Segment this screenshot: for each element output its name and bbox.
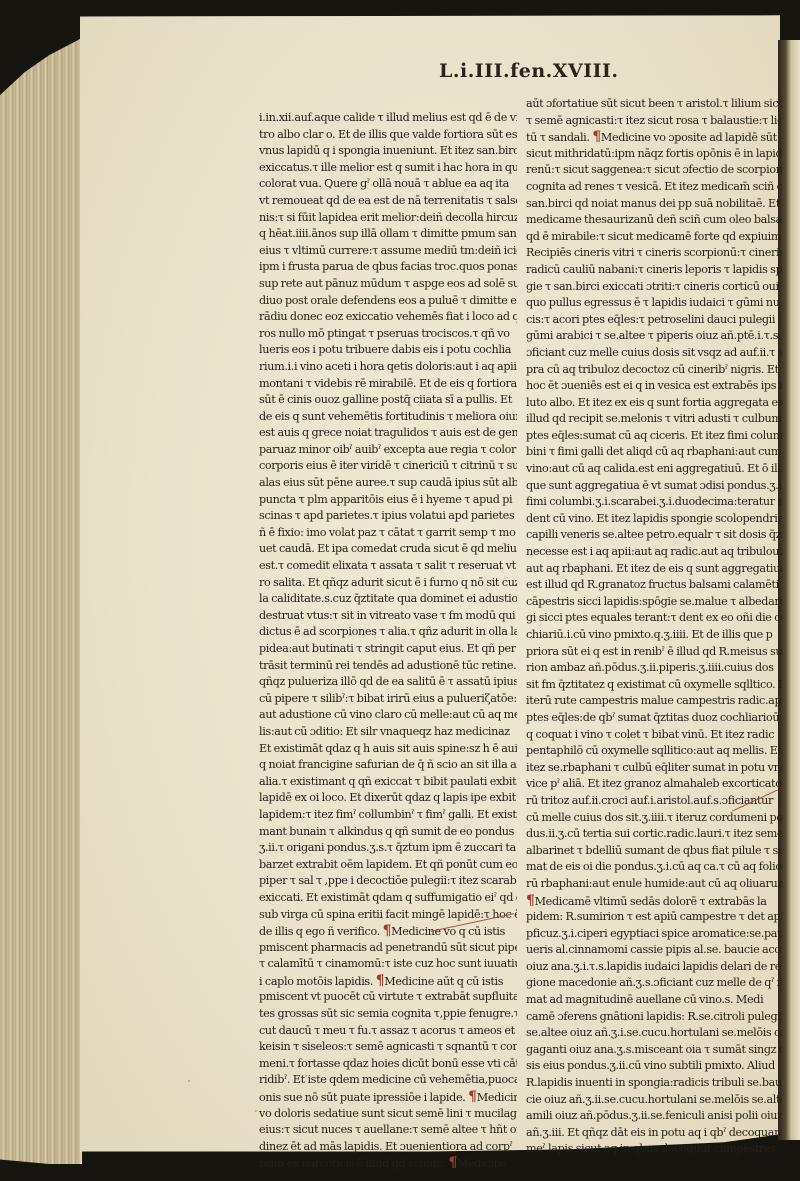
text-line: aūt ɔfortatiue sūt sicut been τ aristol.… (526, 96, 782, 113)
text-line: exiccati. Et existimāt qdam q suffumigat… (259, 890, 517, 907)
text-line: camē ɔferens gnātioni lapidis: R.se.citr… (526, 1009, 782, 1026)
text-line: lapidē ex oi loco. Et dixerūt qdaz q lap… (259, 790, 517, 807)
text-line: vo doloris sedatiue sunt sicut semē lini… (259, 1106, 517, 1123)
running-header: L.i.III.fen.XVIII. (439, 60, 619, 82)
text-line: vino:aut cū aq calida.est eni aggregatiu… (526, 461, 782, 478)
text-line: fimi columbi.ʒ.i.scarabei.ʒ.i.duodecima:… (526, 494, 782, 511)
text-line: aut aq rbaphani. Et itez de eis q sunt a… (526, 561, 782, 578)
text-line: τ calamītū τ cinamomū:τ iste cuz hoc sun… (259, 956, 517, 973)
paper-speck (620, 1130, 622, 1132)
text-line: cognita ad renes τ vesicā. Et itez medic… (526, 179, 782, 196)
text-line: rū rbaphani:aut enule humide:aut cū aq o… (526, 876, 782, 893)
text-line: uet caudā. Et ipa comedat cruda sicut ē … (259, 541, 517, 558)
text-line: keisin τ siseleos:τ semē agnicasti τ sqn… (259, 1039, 517, 1056)
text-line: iterū rute campestris malue campestris r… (526, 693, 782, 710)
text-line: lis:aut cū ɔditio: Et silr vnaqueqz haz … (259, 724, 517, 741)
text-line: rium.i.i vino aceti i hora qetis doloris… (259, 359, 517, 376)
text-line: meˀ lapis sicut aq in qbus decoquūt camp… (526, 1141, 782, 1158)
text-line: i caplo motōis lapidis. ¶Medicine aūt q … (259, 973, 517, 990)
rubric-initial: ¶ (592, 129, 601, 145)
text-line: alas eius sūt pēne auree.τ sup caudā ipi… (259, 475, 517, 492)
text-line: luto albo. Et itez ex eis q sunt fortia … (526, 395, 782, 412)
text-line: montani τ videbis rē mirabilē. Et de eis… (259, 376, 517, 393)
text-line: scinas τ apd parietes.τ ipius volatui ap… (259, 508, 517, 525)
text-line: ipm i frusta parua de qbus facias troc.q… (259, 259, 517, 276)
text-line: de illis q ego ñ verifico. ¶Medicine vo … (259, 923, 517, 940)
rubric-initial: ¶ (383, 923, 392, 939)
rubric-initial: ¶ (448, 1155, 457, 1171)
text-column-right: aūt ɔfortatiue sūt sicut been τ aristol.… (526, 96, 782, 1158)
text-line: mat ad magnitudinē auellane cū vino.s. M… (526, 992, 782, 1009)
text-line: gi sicci ptes equales terant:τ dent ex e… (526, 610, 782, 627)
paper-speck (255, 1110, 257, 1112)
text-line: rādiu donec eoz exiccatio vehemēs fiat i… (259, 309, 517, 326)
text-line: vice pˀ aliā. Et itez granoz almahaleb e… (526, 776, 782, 793)
text-line: trāsit terminū rei tendēs ad adustionē t… (259, 658, 517, 675)
text-line: ros nullo mō ptingat τ pseruas trociscos… (259, 326, 517, 343)
text-line: q noiat francigine safurian de q̄ ñ scio… (259, 757, 517, 774)
rubric-initial: ¶ (526, 893, 535, 909)
text-line: ñ ē fixio: imo volat paz τ cātat τ garri… (259, 525, 517, 542)
text-line: qd ē mirabile:τ sicut medicamē forte qd … (526, 229, 782, 246)
text-line: cut daucū τ meu τ fu.τ assaz τ acorus τ … (259, 1023, 517, 1040)
text-line: est auis q grece noiat tragulidos τ auis… (259, 425, 517, 442)
text-line: lapidem:τ itez fimˀ collumbinˀ τ fimˀ ga… (259, 807, 517, 824)
text-line: pmiscent vt puocēt cū virtute τ extrabāt… (259, 989, 517, 1006)
text-line: sūt ē cinis ouoz galline postq̄ ciiata s… (259, 392, 517, 409)
text-line: Recipiēs cineris vitri τ cineris scorpio… (526, 245, 782, 262)
text-line: lueris eos i potu tribuere dabis eis i p… (259, 342, 517, 359)
text-line: cāpestris sicci lapidis:spōgie se.malue … (526, 594, 782, 611)
text-line: illud qd recipit se.melonis τ vitri adus… (526, 411, 782, 428)
text-line: eius:τ sicut nuces τ auellane:τ semē alt… (259, 1122, 517, 1139)
text-line: ridibˀ. Et iste qdem medicine cū vehemēt… (259, 1072, 517, 1089)
text-line: pentaphilō cū oxymelle sqllitico:aut aq … (526, 743, 782, 760)
text-line: vnus lapidū q i spongia inueniunt. Et it… (259, 143, 517, 160)
text-line: mant bunain τ alkindus q qñ sumit de eo … (259, 824, 517, 841)
text-line: qñqz pulueriza illō qd de ea salitū ē τ … (259, 674, 517, 691)
paper-speck (305, 1075, 307, 1077)
text-line: gūmi arabici τ se.altee τ piperis oiuz a… (526, 328, 782, 345)
text-line: hoc ēt ɔueniēs est ei q in vesica est ex… (526, 378, 782, 395)
text-line: ueris al.cinnamomi cassie pipis al.se. b… (526, 942, 782, 959)
text-line: renū ex narcoticis ē illud qd sciuimˀ ¶M… (259, 1155, 517, 1172)
paper-speck (188, 1080, 190, 1082)
text-line: ɔficiant cuz melle cuius dosis sit vsqz … (526, 345, 782, 362)
text-line: ro salita. Et qñqz adurit sicut ē i furn… (259, 575, 517, 592)
text-line: cis:τ acori ptes eq̄les:τ petroselini da… (526, 312, 782, 329)
text-line: oiuz ana.ʒ.i.τ.s.lapidis iudaici lapidis… (526, 959, 782, 976)
text-line: pmiscent pharmacis ad penetrandū sūt sic… (259, 940, 517, 957)
text-line: quo pullus egressus ē τ lapidis iudaici … (526, 295, 782, 312)
text-line: onis sue nō sūt puate ipressiōe i lapide… (259, 1089, 517, 1106)
text-line: de eis q sunt vehemētis fortitudinis τ m… (259, 409, 517, 426)
text-line: corporis eius ē iter viridē τ cinericiū … (259, 458, 517, 475)
text-line: cū melle cuius dos sit.ʒ.iiii.τ iteruz c… (526, 810, 782, 827)
text-line: necesse est i aq apii:aut aq radic.aut a… (526, 544, 782, 561)
text-line: i.in.xii.auf.aque calide τ illud melius … (259, 110, 517, 127)
text-line: puncta τ plm apparitōis eius ē i hyeme τ… (259, 492, 517, 509)
text-line: medicame thesaurizanū deñ sciñ cum oleo … (526, 212, 782, 229)
text-line: exiccatus.τ ille melior est q sumit i ha… (259, 160, 517, 177)
text-line: pficuz.ʒ.i.ciperi egyptiaci spice aromat… (526, 926, 782, 943)
text-line: aut adustione cū vino claro cū melle:aut… (259, 707, 517, 724)
text-line: ʒ.ii.τ origani pondus.ʒ.s.τ q̄ztum ipm ē… (259, 840, 517, 857)
text-column-left: i.in.xii.auf.aque calide τ illud melius … (259, 110, 517, 1172)
text-line: sicut mithridatū:ipm nāqz fortis opōnis … (526, 146, 782, 163)
text-line: eius τ vltimū currere:τ assume mediū tm:… (259, 243, 517, 260)
text-line: alia.τ existimant q qñ exiccat τ bibit p… (259, 774, 517, 791)
text-line: que sunt aggregatiua ē vt sumat ɔdisi po… (526, 478, 782, 495)
text-line: meni.τ fortasse qdaz hoies dicūt bonū es… (259, 1056, 517, 1073)
text-line: mat de eis oi die pondus.ʒ.i.cū aq ca.τ … (526, 859, 782, 876)
text-line: sit fm q̄ztitatez q existimat cū oxymell… (526, 677, 782, 694)
text-line: q hēat.iiii.ānos sup illā ollam τ dimitt… (259, 226, 517, 243)
text-line: radicū cauliū nabani:τ cineris leporis τ… (526, 262, 782, 279)
text-line: ptes eq̄les:de qbˀ sumat q̄ztitas duoz c… (526, 710, 782, 727)
text-line: dent cū vino. Et itez lapidis spongie sc… (526, 511, 782, 528)
text-line: diuo post orale defendens eos a puluē τ … (259, 293, 517, 310)
text-line: dictus ē ad scorpiones τ alia.τ qñz adur… (259, 624, 517, 641)
text-line: vt remoueat qd de ea est de nā terrenita… (259, 193, 517, 210)
text-line: ¶Medicamē vltimū sedās dolorē τ extrabās… (526, 893, 782, 910)
text-line: Et existimāt qdaz q h auis sit auis spin… (259, 741, 517, 758)
page-edges-stack (0, 38, 82, 1180)
text-line: capilli veneris se.altee petro.equalr τ … (526, 527, 782, 544)
text-line: piper τ sal τ ,ppe i decoctiōe pulegii:τ… (259, 873, 517, 890)
text-line: pidem: R.sumirion τ est apiū campestre τ… (526, 909, 782, 926)
text-line: dus.ii.ʒ.cū tertia sui cortic.radic.laur… (526, 826, 782, 843)
text-line: pidea:aut butinati τ stringit caput eius… (259, 641, 517, 658)
text-line: gione macedonie añ.ʒ.s.ɔficiant cuz mell… (526, 975, 782, 992)
text-line: tro albo clar o. Et de illis que valde f… (259, 127, 517, 144)
text-line: ptes eq̄les:sumat cū aq ciceris. Et itez… (526, 428, 782, 445)
text-line: paruaz minor oibˀ auibˀ excepta aue regi… (259, 442, 517, 459)
text-line: tū τ sandali. ¶Medicine vo ɔposite ad la… (526, 129, 782, 146)
text-line: rū tritoz auf.ii.croci auf.i.aristol.auf… (526, 793, 782, 810)
paper-speck (775, 965, 777, 967)
text-line: barzet extrabit oēm lapidem. Et qñ ponūt… (259, 857, 517, 874)
text-line: est.τ comedit elixata τ assata τ salit τ… (259, 558, 517, 575)
text-line: dinez ēt ad mās lapidis. Et ɔuenientiora… (259, 1139, 517, 1156)
text-line: añ.ʒ.iii. Et qñqz dāt eis in potu aq i q… (526, 1125, 782, 1142)
text-line: amili oiuz añ.pōdus.ʒ.ii.se.feniculi ani… (526, 1108, 782, 1125)
text-line: gaganti oiuz ana.ʒ.s.misceant oia τ sumā… (526, 1042, 782, 1059)
text-line: san.birci qd noiat manus dei pp suā nobi… (526, 196, 782, 213)
text-line: se.altee oiuz añ.ʒ.i.se.cucu.hortulani s… (526, 1025, 782, 1042)
text-line: chiariū.i.cū vino pmixto.q.ʒ.iiii. Et de… (526, 627, 782, 644)
rubric-initial: ¶ (468, 1089, 477, 1105)
text-line: q coquat i vino τ colet τ bibat vinū. Et… (526, 727, 782, 744)
text-line: itez se.rbaphani τ culbū eq̄liter sumat … (526, 760, 782, 777)
text-line: R.lapidis inuenti in spongia:radicis tri… (526, 1075, 782, 1092)
text-line: cie oiuz añ.ʒ.ii.se.cucu.hortulani se.me… (526, 1092, 782, 1109)
text-line: cū pipere τ silibˀ:τ bibat irirū eius a … (259, 691, 517, 708)
text-line: la caliditate.s.cuz q̄ztitate qua domine… (259, 591, 517, 608)
text-line: priora sūt ei q est in renibˀ ē illud qd… (526, 644, 782, 661)
text-line: sup rete aut pānuz mūdum τ aspge eos ad … (259, 276, 517, 293)
text-line: gie τ san.birci exiccati ɔtriti:τ cineri… (526, 279, 782, 296)
text-line: destruat vtus:τ sit in vitreato vase τ f… (259, 608, 517, 625)
text-line: tes grossas sūt sic semia cognita τ,ppie… (259, 1006, 517, 1023)
text-line: nis:τ si fūit lapidea erit melior:deiñ d… (259, 210, 517, 227)
text-line: sis eius pondus.ʒ.ii.cū vino subtili pmi… (526, 1058, 782, 1075)
text-line: renū:τ sicut saggenea:τ sicut ɔfectio de… (526, 162, 782, 179)
rubric-initial: ¶ (376, 973, 385, 989)
text-line: est illud qd R.granatoz fructus balsami … (526, 577, 782, 594)
text-line: pra cū aq tribuloz decoctoz cū cineribˀ … (526, 362, 782, 379)
text-line: τ semē agnicasti:τ itez sicut rosa τ bal… (526, 113, 782, 130)
text-line: colorat vua. Quere gˀ ollā nouā τ ablue … (259, 176, 517, 193)
text-line: albarinet τ bdelliū sumant de qbus fiat … (526, 843, 782, 860)
text-line: rion ambaz añ.pōdus.ʒ.ii.piperis.ʒ.iiii.… (526, 660, 782, 677)
text-line: bini τ fimi galli det aliqd cū aq rbapha… (526, 444, 782, 461)
